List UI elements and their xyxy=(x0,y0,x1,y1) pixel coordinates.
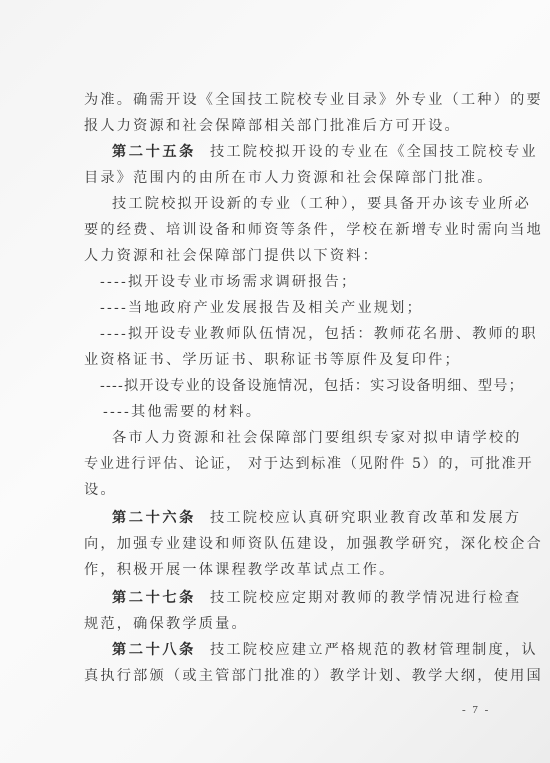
paragraph-start: 技工院校拟开设新的专业（工种），要具备开办该专业所必 xyxy=(112,195,531,213)
paragraph-start: 各市人力资源和社会保障部门要组织专家对拟申请学校的 xyxy=(112,429,522,447)
article-text: 技工院校应定期对教师的教学情况进行检查 xyxy=(210,590,521,606)
text-line: 向，加强专业建设和师资队伍建设，加强教学研究，深化校企合 xyxy=(84,535,543,553)
article-text: 技工院校应认真研究职业教育改革和发展方 xyxy=(210,510,521,526)
text-line: 人力资源和社会保障部门提供以下资料： xyxy=(84,247,379,265)
text-line: 要的经费、培训设备和师资等条件，学校在新增专业时需向当地 xyxy=(84,221,543,239)
list-item: ----拟开设专业市场需求调研报告； xyxy=(100,273,357,291)
text-line: 专业进行评估、论证， 对于达到标准（见附件 5）的，可批准开 xyxy=(84,455,533,473)
article-27: 第二十七条技工院校应定期对教师的教学情况进行检查 xyxy=(112,589,521,607)
text-line: 作，积极开展一体课程教学改革试点工作。 xyxy=(84,561,395,579)
list-item: ----当地政府产业发展报告及相关产业规划； xyxy=(100,299,423,317)
article-text: 技工院校拟开设的专业在《全国技工院校专业 xyxy=(210,144,538,160)
list-item: ----其他需要的材料。 xyxy=(103,403,262,421)
article-26: 第二十六条技工院校应认真研究职业教育改革和发展方 xyxy=(112,509,521,527)
document-page: 为准。确需开设《全国技工院校专业目录》外专业（工种）的要 报人力资源和社会保障部… xyxy=(0,0,550,763)
text-line: 报人力资源和社会保障部相关部门批准后方可开设。 xyxy=(84,117,461,135)
article-28: 第二十八条技工院校应建立严格规范的教材管理制度，认 xyxy=(112,641,538,659)
list-item: ----拟开设专业教师队伍情况，包括：教师花名册、教师的职 xyxy=(100,325,538,343)
text-line: 真执行部颁（或主管部门批准的）教学计划、教学大纲，使用国 xyxy=(84,667,543,685)
page-number: - 7 - xyxy=(462,704,490,716)
article-label: 第二十八条 xyxy=(112,642,196,658)
article-label: 第二十五条 xyxy=(112,144,196,160)
article-text: 技工院校应建立严格规范的教材管理制度，认 xyxy=(210,642,538,658)
text-line: 目录》范围内的由所在市人力资源和社会保障部门批准。 xyxy=(84,169,494,187)
text-line: 规范，确保教学质量。 xyxy=(84,615,248,633)
list-item: ----拟开设专业的设备设施情况，包括：实习设备明细、型号； xyxy=(100,377,524,395)
text-line: 为准。确需开设《全国技工院校专业目录》外专业（工种）的要 xyxy=(84,91,543,109)
text-line: 业资格证书、学历证书、职称证书等原件及复印件； xyxy=(84,351,461,369)
article-label: 第二十七条 xyxy=(112,590,196,606)
article-label: 第二十六条 xyxy=(112,510,196,526)
text-line: 设。 xyxy=(84,481,117,499)
article-25: 第二十五条技工院校拟开设的专业在《全国技工院校专业 xyxy=(112,143,538,161)
